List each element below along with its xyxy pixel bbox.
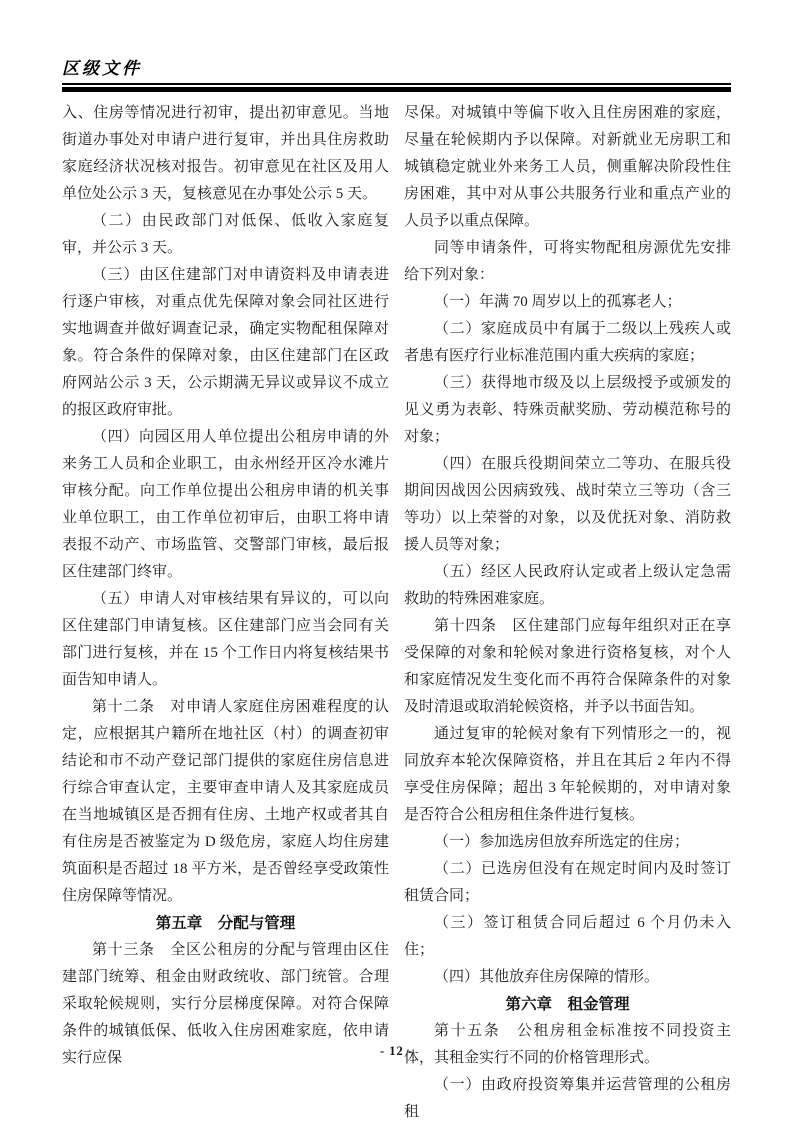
body-columns: 入、住房等情况进行初审，提出初审意见。当地街道办事处对申请户进行复审，并出具住房… <box>62 100 731 1122</box>
column-right: 尽保。对城镇中等偏下收入且住房困难的家庭，尽量在轮候期内予以保障。对新就业无房职… <box>404 100 731 1122</box>
paragraph: （三）签订租赁合同后超过 6 个月仍未入住； <box>404 910 731 964</box>
paragraph: （五）经区人民政府认定或者上级认定急需救助的特殊困难家庭。 <box>404 559 731 613</box>
paragraph: （二）由民政部门对低保、低收入家庭复审，并公示 3 天。 <box>62 208 389 262</box>
page-footer: - 12 - <box>0 1042 793 1060</box>
chapter-heading: 第五章 分配与管理 <box>62 910 389 937</box>
column-left: 入、住房等情况进行初审，提出初审意见。当地街道办事处对申请户进行复审，并出具住房… <box>62 100 389 1122</box>
paragraph: 尽保。对城镇中等偏下收入且住房困难的家庭，尽量在轮候期内予以保障。对新就业无房职… <box>404 100 731 235</box>
chapter-heading: 第六章 租金管理 <box>404 991 731 1018</box>
paragraph: （三）获得地市级及以上层级授予或颁发的见义勇为表彰、特殊贡献奖励、劳动模范称号的… <box>404 370 731 451</box>
document-page: 区级文件 入、住房等情况进行初审，提出初审意见。当地街道办事处对申请户进行复审，… <box>0 0 793 1122</box>
paragraph: （四）向园区用人单位提出公租房申请的外来务工人员和企业职工，由永州经开区冷水滩片… <box>62 424 389 586</box>
paragraph: （二）家庭成员中有属于二级以上残疾人或者患有医疗行业标准范围内重大疾病的家庭； <box>404 316 731 370</box>
paragraph: （四）在服兵役期间荣立二等功、在服兵役期间因战因公因病致残、战时荣立三等功（含三… <box>404 451 731 559</box>
paragraph: （一）参加选房但放弃所选定的住房； <box>404 829 731 856</box>
paragraph: （四）其他放弃住房保障的情形。 <box>404 964 731 991</box>
header-title: 区级文件 <box>62 58 731 80</box>
paragraph: 第十二条 对申请人家庭住房困难程度的认定，应根据其户籍所在地社区（村）的调查初审… <box>62 694 389 910</box>
paragraph: 第十四条 区住建部门应每年组织对正在享受保障的对象和轮候对象进行资格复核，对个人… <box>404 613 731 721</box>
paragraph: （一）年满 70 周岁以上的孤寡老人； <box>404 289 731 316</box>
paragraph: 入、住房等情况进行初审，提出初审意见。当地街道办事处对申请户进行复审，并出具住房… <box>62 100 389 208</box>
paragraph: （一）由政府投资筹集并运营管理的公租房租 <box>404 1072 731 1122</box>
page-header: 区级文件 <box>62 58 731 92</box>
header-rule-thick <box>62 87 731 92</box>
paragraph: 同等申请条件，可将实物配租房源优先安排给下列对象： <box>404 235 731 289</box>
paragraph: 通过复审的轮候对象有下列情形之一的，视同放弃本轮次保障资格，并且在其后 2 年内… <box>404 721 731 829</box>
page-number: - 12 - <box>380 1044 413 1058</box>
header-rule-thin <box>62 83 731 85</box>
paragraph: （五）申请人对审核结果有异议的，可以向区住建部门申请复核。区住建部门应当会同有关… <box>62 586 389 694</box>
paragraph: （三）由区住建部门对申请资料及申请表进行逐户审核，对重点优先保障对象会同社区进行… <box>62 262 389 424</box>
paragraph: （二）已选房但没有在规定时间内及时签订租赁合同； <box>404 856 731 910</box>
